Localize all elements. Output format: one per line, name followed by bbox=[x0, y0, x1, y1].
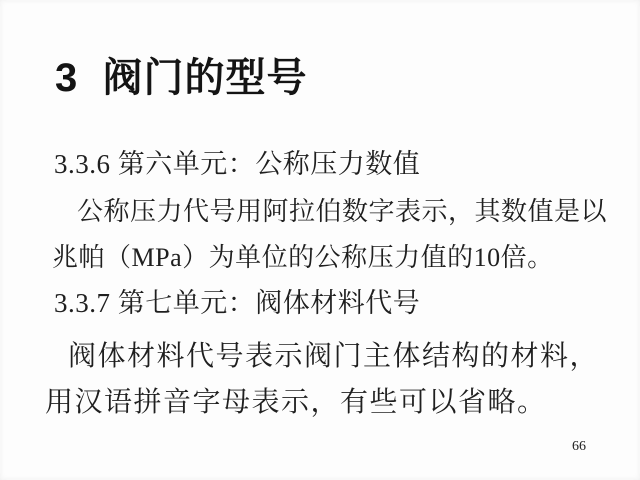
slide-title: 3 阀门的型号 bbox=[55, 58, 307, 98]
section-1-paragraph-line-2: 兆帕（MPa）为单位的公称压力值的10倍。 bbox=[52, 245, 554, 271]
section-1-paragraph-line-1: 公称压力代号用阿拉伯数字表示，其数值是以 bbox=[77, 199, 607, 225]
section-2-paragraph-line-1: 阀体材料代号表示阀门主体结构的材料， bbox=[68, 343, 599, 371]
section-2-paragraph-line-2: 用汉语拼音字母表示，有些可以省略。 bbox=[45, 389, 547, 417]
section-1-heading: 3.3.6 第六单元：公称压力数值 bbox=[54, 151, 420, 178]
page-number: 66 bbox=[572, 440, 586, 454]
section-2-heading: 3.3.7 第七单元：阀体材料代号 bbox=[54, 290, 420, 317]
presentation-slide: 3 阀门的型号 3.3.6 第六单元：公称压力数值 公称压力代号用阿拉伯数字表示… bbox=[0, 0, 640, 480]
